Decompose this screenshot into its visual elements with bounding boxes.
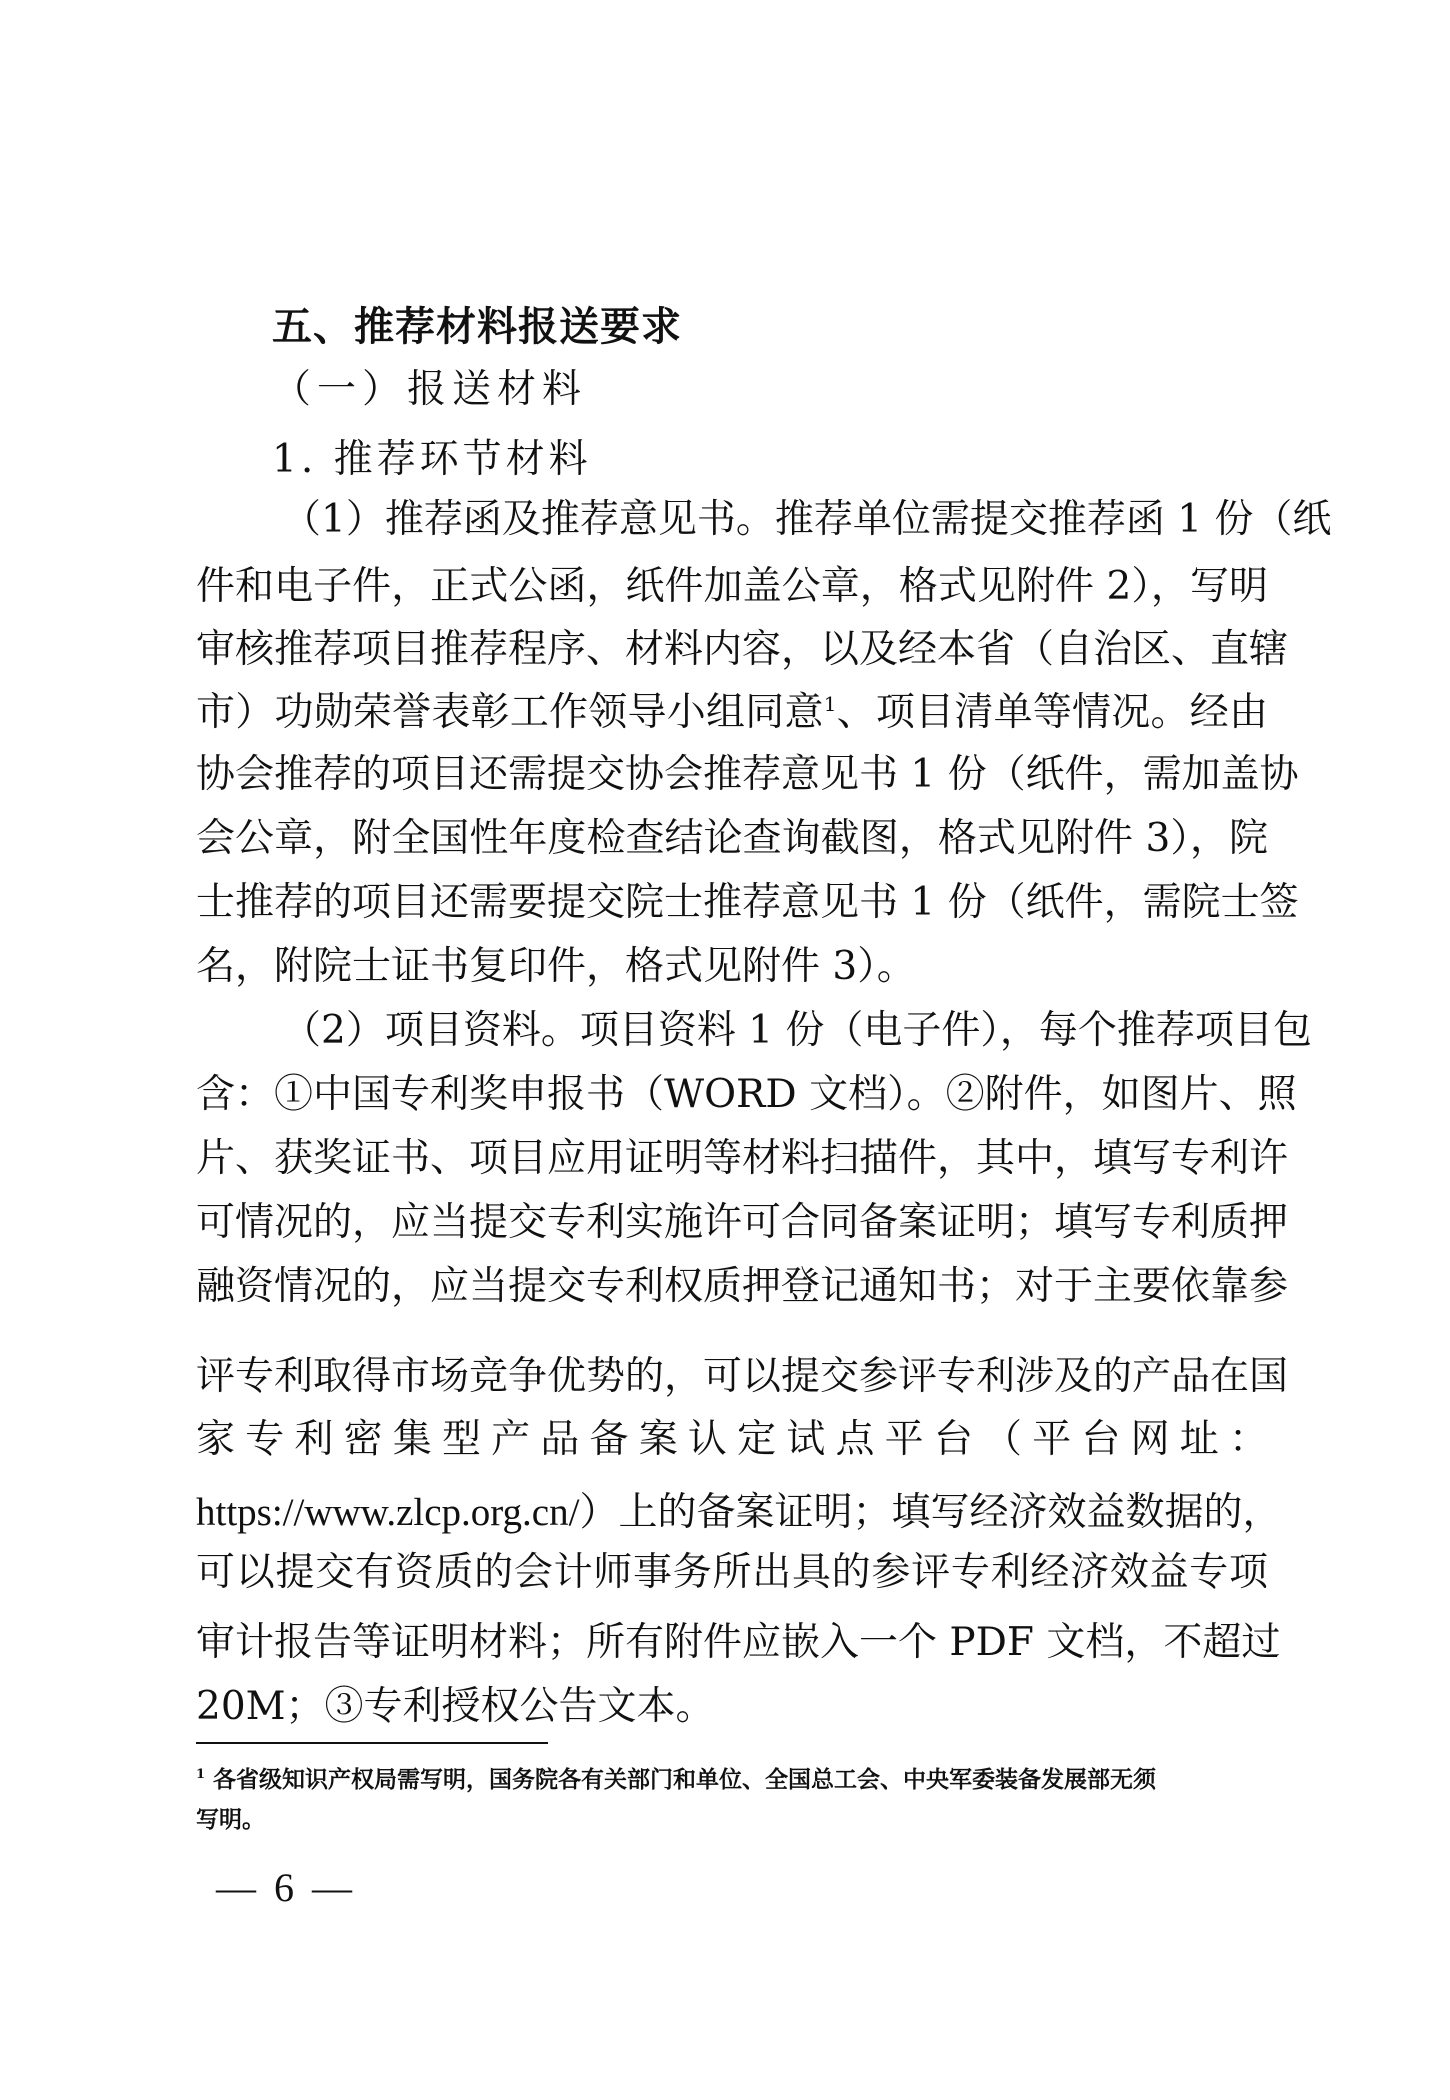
paragraph-line: （2）项目资料。项目资料 1 份（电子件），每个推荐项目包 [282,1006,1268,1056]
paragraph-line-url: https://www.zlcp.org.cn/）上的备案证明；填写经济效益数据… [196,1488,1268,1538]
page-number: — 6 — [216,1866,356,1910]
paragraph-line: 含：①中国专利奖申报书（WORD 文档）。②附件，如图片、照 [196,1070,1268,1120]
paragraph-line: 可以提交有资质的会计师事务所出具的参评专利经济效益专项 [196,1548,1268,1598]
footnote-separator [196,1742,548,1744]
paragraph-line: 名，附院士证书复印件，格式见附件 3）。 [196,942,1268,992]
paragraph-line-with-footnote: 市）功勋荣誉表彰工作领导小组同意1、项目清单等情况。经由 [196,688,1268,738]
footnote-text: 各省级知识产权局需写明，国务院各有关部门和单位、全国总工会、中央军委装备发展部无… [213,1766,1156,1793]
paragraph-line: 士推荐的项目还需要提交院士推荐意见书 1 份（纸件，需院士签 [196,878,1268,928]
paragraph-line: 家专利密集型产品备案认定试点平台（平台网址： [196,1415,1268,1465]
paragraph-line: 20M；③专利授权公告文本。 [196,1682,1268,1732]
paragraph-line: 可情况的，应当提交专利实施许可合同备案证明；填写专利质押 [196,1198,1268,1248]
section-heading: 五、推荐材料报送要求 [272,302,672,352]
paragraph-line: 片、获奖证书、项目应用证明等材料扫描件，其中，填写专利许 [196,1134,1268,1184]
footnote-line: 1各省级知识产权局需写明，国务院各有关部门和单位、全国总工会、中央军委装备发展部… [196,1765,1268,1795]
paragraph-line: 融资情况的，应当提交专利权质押登记通知书；对于主要依靠参 [196,1262,1268,1312]
paragraph-text: 、项目清单等情况。经由 [836,690,1268,735]
paragraph-line: 件和电子件，正式公函，纸件加盖公章，格式见附件 2），写明 [196,562,1268,612]
paragraph-line: 审计报告等证明材料；所有附件应嵌入一个 PDF 文档，不超过 [196,1618,1268,1668]
paragraph-text: 市）功勋荣誉表彰工作领导小组同意 [196,690,824,735]
paragraph-line: 会公章，附全国性年度检查结论查询截图，格式见附件 3），院 [196,814,1268,864]
item-heading: 1. 推荐环节材料 [272,435,672,485]
paragraph-line: （1）推荐函及推荐意见书。推荐单位需提交推荐函 1 份（纸 [282,495,1268,545]
paragraph-line: 协会推荐的项目还需提交协会推荐意见书 1 份（纸件，需加盖协 [196,750,1268,800]
paragraph-line: 评专利取得市场竞争优势的，可以提交参评专利涉及的产品在国 [196,1352,1268,1402]
document-page: 五、推荐材料报送要求 （一）报送材料 1. 推荐环节材料 （1）推荐函及推荐意见… [0,0,1450,2100]
paragraph-line: 审核推荐项目推荐程序、材料内容，以及经本省（自治区、直辖 [196,625,1268,675]
footnote-line: 写明。 [196,1805,1268,1835]
subsection-heading: （一）报送材料 [272,365,672,415]
footnote-reference[interactable]: 1 [824,692,837,716]
footnote-marker: 1 [196,1767,205,1782]
